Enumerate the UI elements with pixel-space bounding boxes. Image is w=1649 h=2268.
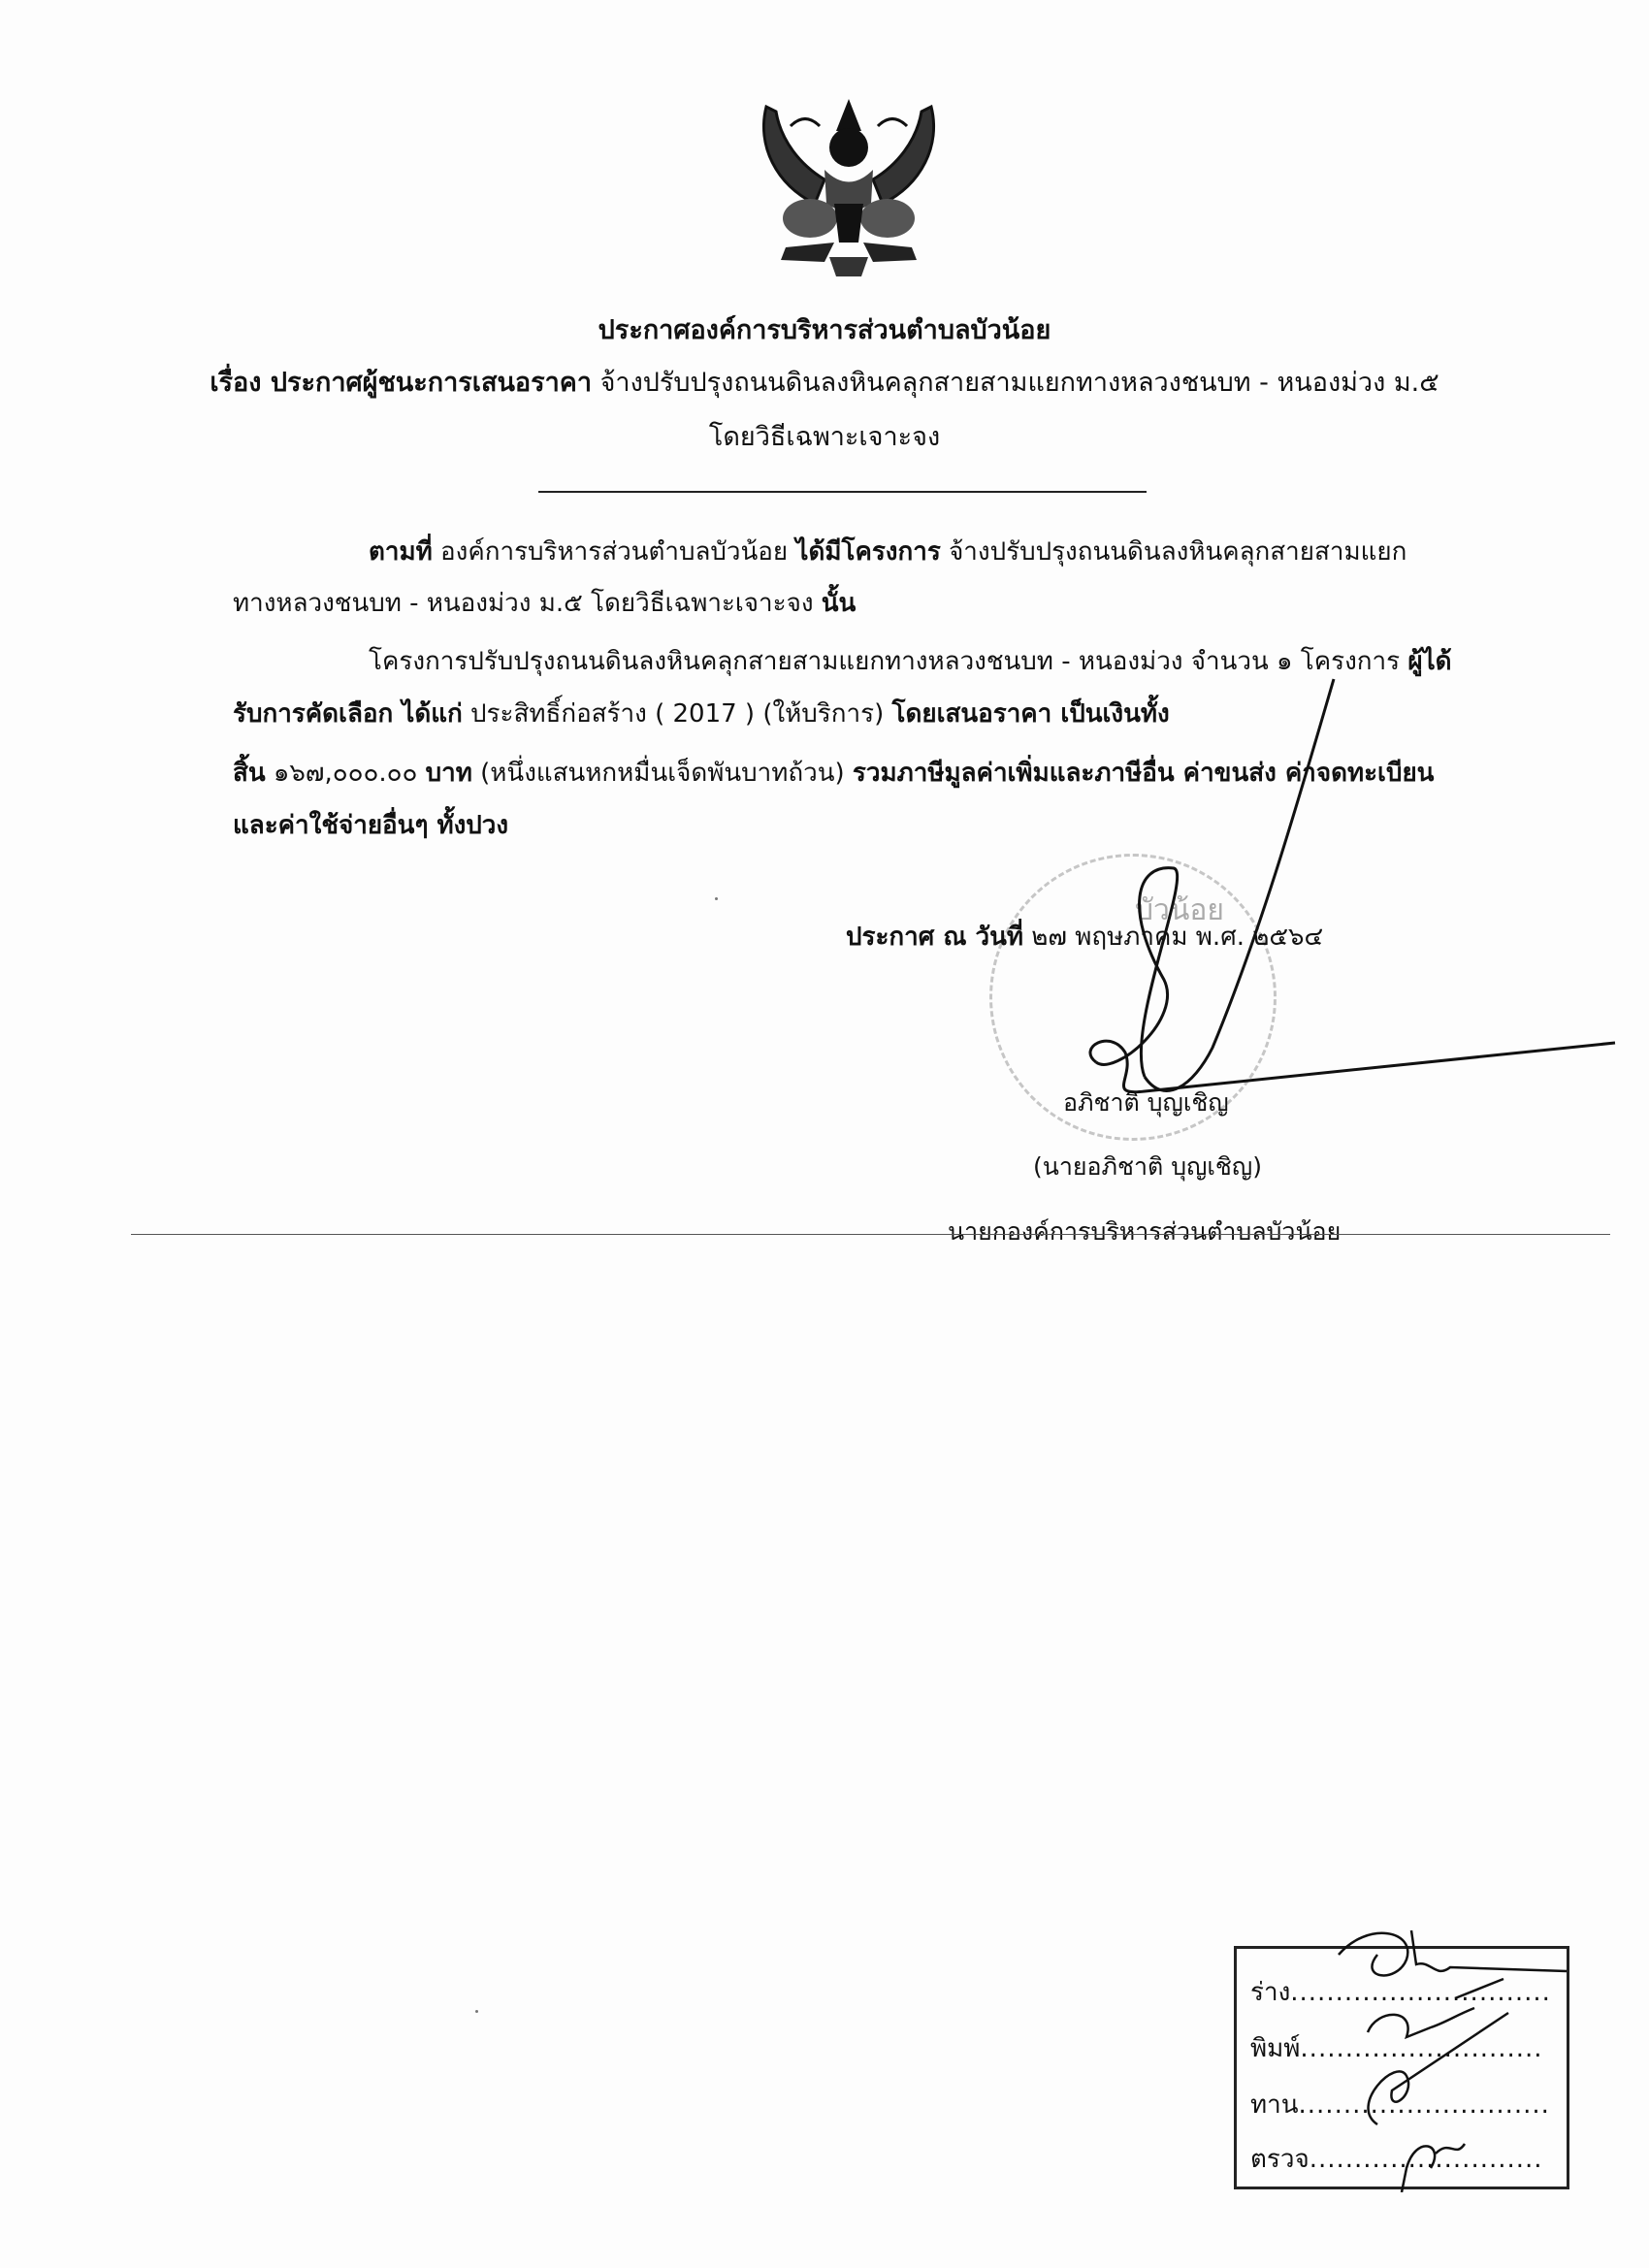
bold-text: และค่าใช้จ่ายอื่นๆ ทั้งปวง bbox=[233, 811, 508, 840]
bold-text: นั้น bbox=[822, 589, 857, 618]
page-title: ประกาศองค์การบริหารส่วนตำบลบัวน้อย bbox=[0, 308, 1649, 350]
stamp-row-typed: พิมพ์........................... bbox=[1250, 2028, 1543, 2068]
paragraph-2-line-1: โครงการปรับปรุงถนนดินลงหินคลุกสายสามแยกท… bbox=[369, 641, 1452, 681]
subject-text: จ้างปรับปรุงถนนดินลงหินคลุกสายสามแยกทางห… bbox=[592, 368, 1439, 398]
horizontal-divider bbox=[131, 1234, 1610, 1235]
body-text: ทางหลวงชนบท - หนองม่วง ม.๕ โดยวิธีเฉพาะเ… bbox=[233, 589, 822, 618]
scan-speck bbox=[715, 897, 718, 900]
paragraph-2-line-3: สิ้น ๑๖๗,๐๐๐.๐๐ บาท (หนึ่งแสนหกหมื่นเจ็ด… bbox=[233, 753, 1434, 793]
stamp-label: พิมพ์ bbox=[1250, 2034, 1300, 2063]
subject-label: เรื่อง ประกาศผู้ชนะการเสนอราคา bbox=[210, 368, 592, 398]
signer-signature-name: อภิชาติ บุญเชิญ bbox=[1063, 1084, 1229, 1122]
document-page: ประกาศองค์การบริหารส่วนตำบลบัวน้อย เรื่อ… bbox=[0, 0, 1649, 2268]
paragraph-2-line-2: รับการคัดเลือก ได้แก่ ประสิทธิ์ก่อสร้าง … bbox=[233, 694, 1170, 733]
bold-text: โดยเสนอราคา เป็นเงินทั้ง bbox=[892, 699, 1170, 729]
stamp-label: ร่าง bbox=[1250, 1978, 1290, 2007]
scan-speck bbox=[475, 2010, 478, 2013]
paragraph-1-line-1: ตามที่ องค์การบริหารส่วนตำบลบัวน้อย ได้ม… bbox=[369, 532, 1406, 571]
signer-title: นายกองค์การบริหารส่วนตำบลบัวน้อย bbox=[948, 1213, 1341, 1251]
body-text: จ้างปรับปรุงถนนดินลงหินคลุกสายสามแยก bbox=[941, 537, 1407, 567]
signer-full-name: (นายอภิชาติ บุญเชิญ) bbox=[1033, 1148, 1262, 1186]
stamp-label: ตรวจ bbox=[1250, 2145, 1309, 2174]
title-divider bbox=[538, 491, 1147, 493]
stamp-row-draft: ร่าง............................. bbox=[1250, 1972, 1551, 2012]
subject-line: เรื่อง ประกาศผู้ชนะการเสนอราคา จ้างปรับป… bbox=[0, 361, 1649, 403]
method-line: โดยวิธีเฉพาะเจาะจง bbox=[0, 415, 1649, 457]
bold-text: สิ้น bbox=[233, 759, 266, 788]
body-text: โครงการปรับปรุงถนนดินลงหินคลุกสายสามแยกท… bbox=[369, 647, 1407, 676]
stamp-dots: ........................... bbox=[1300, 2034, 1542, 2063]
date-label: ประกาศ ณ วันที่ bbox=[846, 923, 1023, 952]
stamp-dots: ............................ bbox=[1299, 2090, 1550, 2120]
date-value: ๒๗ พฤษภาคม พ.ศ. ๒๕๖๔ bbox=[1023, 923, 1323, 952]
bold-text: ตามที่ bbox=[369, 537, 433, 567]
stamp-dots: ............................. bbox=[1290, 1978, 1551, 2007]
paragraph-1-line-2: ทางหลวงชนบท - หนองม่วง ม.๕ โดยวิธีเฉพาะเ… bbox=[233, 583, 856, 623]
announcement-date: ประกาศ ณ วันที่ ๒๗ พฤษภาคม พ.ศ. ๒๕๖๔ bbox=[846, 917, 1323, 956]
stamp-dots: .......................... bbox=[1309, 2145, 1543, 2174]
approval-stamp-box: ร่าง............................. พิมพ์.… bbox=[1234, 1946, 1569, 2189]
bid-amount: ๑๖๗,๐๐๐.๐๐ bbox=[266, 759, 426, 788]
bold-text: บาท bbox=[426, 759, 472, 788]
garuda-emblem-icon bbox=[747, 87, 951, 281]
stamp-label: ทาน bbox=[1250, 2090, 1299, 2120]
bold-text: รวมภาษีมูลค่าเพิ่มและภาษีอื่น ค่าขนส่ง ค… bbox=[853, 759, 1435, 788]
bold-text: ได้มีโครงการ bbox=[795, 537, 940, 567]
bold-text: รับการคัดเลือก ได้แก่ bbox=[233, 699, 463, 729]
stamp-row-proofread: ทาน............................ bbox=[1250, 2085, 1550, 2124]
bold-text: ผู้ได้ bbox=[1407, 647, 1451, 676]
amount-in-words: (หนึ่งแสนหกหมื่นเจ็ดพันบาทถ้วน) bbox=[472, 759, 853, 788]
body-text: องค์การบริหารส่วนตำบลบัวน้อย bbox=[433, 537, 796, 567]
paragraph-2-line-4: และค่าใช้จ่ายอื่นๆ ทั้งปวง bbox=[233, 805, 508, 845]
contractor-name: ประสิทธิ์ก่อสร้าง ( 2017 ) (ให้บริการ) bbox=[463, 699, 892, 729]
stamp-row-checked: ตรวจ.......................... bbox=[1250, 2139, 1543, 2179]
